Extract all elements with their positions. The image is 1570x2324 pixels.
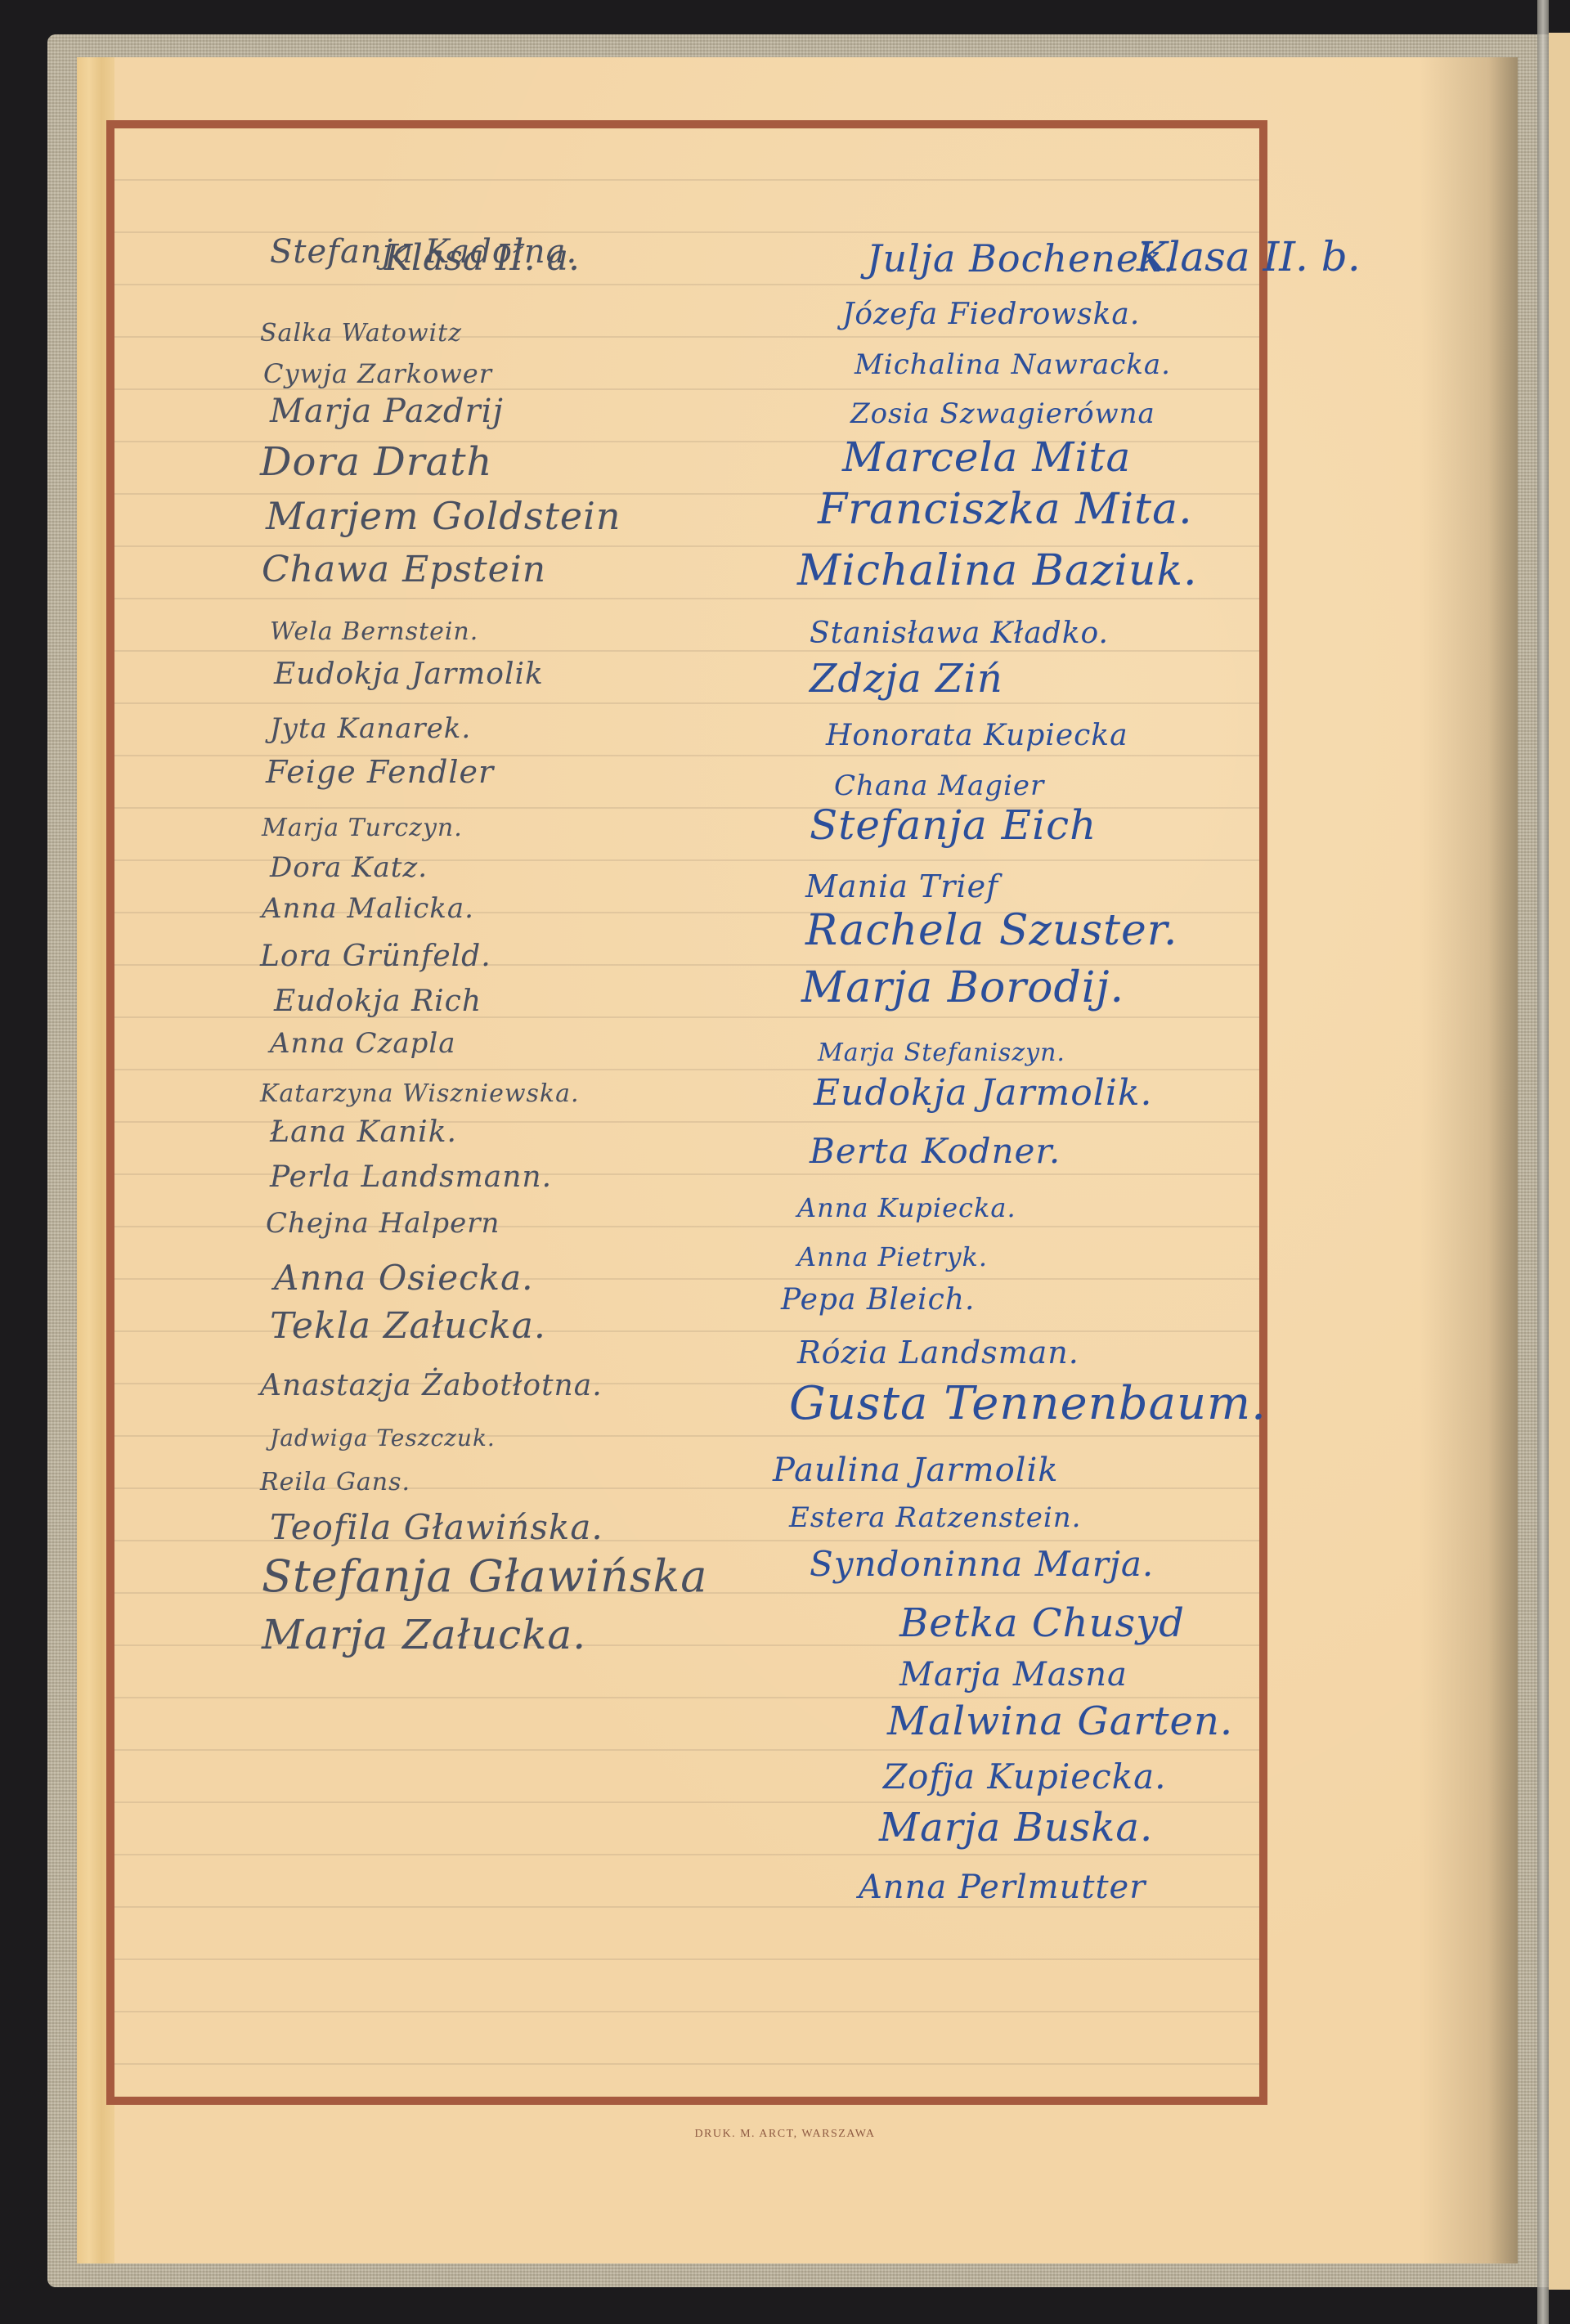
class-b-student-name: Mania Trief [805, 868, 998, 904]
class-b-student-name: Malwina Garten. [887, 1698, 1233, 1744]
class-b-student-name: Syndoninna Marja. [810, 1544, 1154, 1584]
book-spine-edge [1537, 0, 1549, 2324]
class-b-student-name: Estera Ratzenstein. [789, 1501, 1081, 1534]
class-b-student-name: Julja Bochenek. [867, 236, 1176, 280]
class-b-student-name: Anna Pietryk. [797, 1241, 988, 1272]
class-a-student-name: Jyta Kanarek. [270, 712, 471, 745]
class-b-student-name: Pepa Bleich. [781, 1283, 975, 1317]
class-b-student-name: Stanisława Kładko. [810, 617, 1109, 650]
class-a-student-name: Perla Landsmann. [270, 1160, 552, 1194]
class-b-student-name: Paulina Jarmolik [773, 1451, 1058, 1489]
class-b-student-name: Chana Magier [834, 769, 1044, 802]
next-page-edge [1549, 33, 1570, 2290]
class-b-student-name: Michalina Baziuk. [797, 546, 1198, 595]
class-a-student-name: Eudokja Jarmolik [274, 657, 544, 691]
class-b-student-name: Berta Kodner. [810, 1131, 1061, 1171]
class-b-student-name: Anna Kupiecka. [797, 1192, 1016, 1223]
class-b-student-name: Marcela Mita [842, 433, 1131, 481]
class-a-student-name: Chejna Halpern [266, 1207, 500, 1240]
class-b-student-name: Stefanja Eich [810, 801, 1097, 849]
class-a-student-name: Cywja Zarkower [263, 358, 492, 389]
class-b-student-name: Marja Borodij. [801, 963, 1124, 1012]
class-a-student-name: Feige Fendler [266, 754, 494, 790]
class-a-student-name: Reila Gans. [260, 1468, 410, 1496]
class-a-student-name: Eudokja Rich [274, 985, 482, 1018]
class-b-student-name: Gusta Tennenbaum. [789, 1377, 1267, 1430]
class-a-student-name: Anastazja Żabotłotna. [260, 1369, 603, 1402]
class-a-student-name: Salka Watowitz [260, 319, 462, 348]
class-b-student-name: Marja Stefaniszyn. [818, 1039, 1065, 1067]
class-a-student-name: Marja Załucka. [262, 1611, 586, 1658]
class-a-student-name: Chawa Epstein [262, 549, 546, 590]
class-b-student-name: Franciszka Mita. [818, 485, 1193, 534]
class-a-student-name: Teofila Gławińska. [270, 1507, 603, 1547]
class-b-student-name: Rózia Landsman. [797, 1335, 1079, 1371]
class-b-student-name: Zosia Szwagierówna [850, 397, 1155, 430]
class-b-student-name: Rachela Szuster. [805, 906, 1177, 955]
class-b-student-name: Marja Buska. [879, 1805, 1153, 1851]
class-a-student-name: Katarzyna Wiszniewska. [260, 1079, 580, 1108]
class-a-student-name: Marjem Goldstein [266, 494, 621, 538]
printer-imprint: DRUK. M. ARCT, WARSZAWA [0, 2128, 1570, 2141]
class-a-student-name: Dora Drath [260, 439, 492, 485]
class-b-student-name: Zofja Kupiecka. [883, 1756, 1166, 1797]
class-b-student-name: Betka Chusyd [899, 1600, 1185, 1646]
gutter-shadow [1420, 57, 1518, 2263]
class-a-student-name: Tekla Załucka. [270, 1305, 546, 1347]
class-a-student-name: Stefanja Kadołna. [270, 233, 577, 271]
class-a-student-name: Wela Bernstein. [270, 617, 478, 646]
class-b-student-name: Zdzja Ziń [810, 656, 1003, 702]
class-a-student-name: Marja Turczyn. [262, 814, 463, 842]
class-a-student-name: Dora Katz. [270, 851, 428, 884]
class-b-student-name: Anna Perlmutter [859, 1869, 1146, 1906]
class-a-student-name: Łana Kanik. [270, 1115, 457, 1149]
class-b-student-name: Michalina Nawracka. [855, 348, 1171, 381]
class-a-student-name: Marja Pazdrij [270, 393, 504, 430]
class-b-student-name: Marja Masna [899, 1656, 1128, 1694]
class-a-student-name: Lora Grünfeld. [260, 940, 491, 973]
class-a-student-name: Anna Czapla [270, 1027, 456, 1060]
class-b-student-name: Eudokja Jarmolik. [814, 1072, 1153, 1114]
class-a-student-name: Jadwiga Teszczuk. [270, 1424, 496, 1451]
class-a-student-name: Anna Malicka. [262, 892, 474, 925]
class-b-student-name: Honorata Kupiecka [826, 719, 1128, 752]
class-b-student-name: Józefa Fiedrowska. [842, 298, 1140, 331]
class-a-student-name: Anna Osiecka. [274, 1258, 533, 1298]
class-a-student-name: Stefanja Gławińska [262, 1550, 707, 1602]
